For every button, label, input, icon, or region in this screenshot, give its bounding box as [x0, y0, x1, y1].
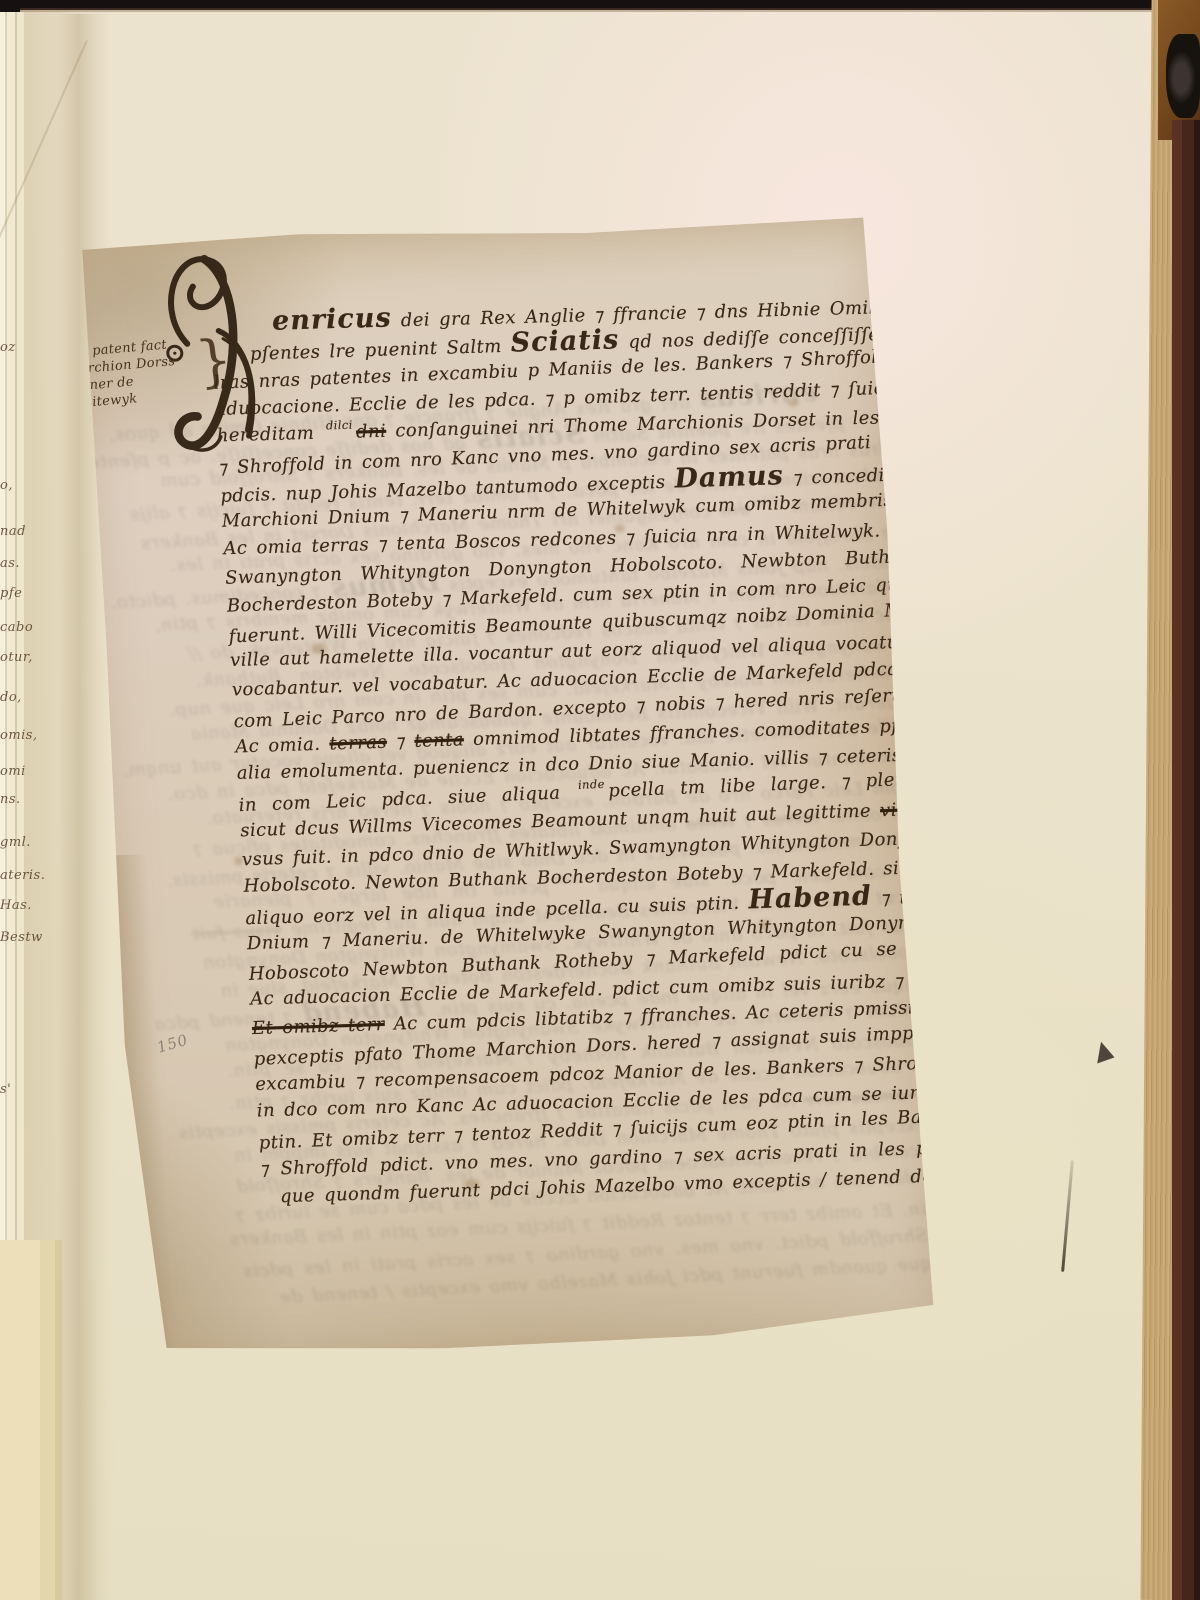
photograph-of-manuscript: { "colors": { "background_black": "#1710… — [0, 0, 1200, 1600]
clasp-icon — [1166, 34, 1200, 118]
facing-page-text-fragment: ns. — [0, 792, 21, 807]
struck-word: tenta — [414, 729, 465, 752]
facing-page-text-fragment: gml. — [0, 835, 31, 850]
text-segment: Ac omia. — [235, 733, 330, 757]
facing-page-text-fragment: Bestw — [0, 930, 43, 945]
facing-page-text-fragment: s' — [0, 1082, 11, 1097]
manuscript-text: enricus dei gra Rex Anglie ⁊ ffrancie ⁊ … — [209, 289, 968, 1212]
text-segment: que quondm fuerunt pdci Johis Mazelbo vm… — [279, 1253, 933, 1308]
interlinear-insertion: inde — [577, 777, 605, 792]
facing-page-text-fragment: ateris. — [0, 868, 45, 883]
struck-word: dni — [356, 421, 387, 443]
struck-word: terras — [329, 732, 388, 755]
facing-page-text-fragment: cabo — [0, 620, 33, 635]
left-bottom-page-edge — [0, 1240, 62, 1600]
text-segment: hereditam — [216, 422, 324, 446]
manuscript-leaf: enricus dei gra Rex Anglie ⁊ ffrancie ⁊ … — [77, 216, 935, 1357]
display-word: Damus — [674, 460, 785, 494]
facing-page-text-fragment: as. — [0, 556, 20, 571]
facing-page-text-fragment: oz — [0, 340, 16, 355]
facing-page-text-fragment: pfe — [0, 586, 22, 601]
interlinear-insertion: dilci — [325, 417, 353, 432]
facing-page-text-fragment: nad — [0, 524, 26, 539]
facing-page-text-fragment: do, — [0, 690, 22, 705]
facing-page-text-fragment: omi — [0, 764, 26, 779]
binding-edge — [1172, 120, 1200, 1600]
album-page-top-edge — [20, 8, 1158, 12]
facing-page-text-fragment: Has. — [0, 898, 32, 913]
facing-page-text-fragment: omis, — [0, 728, 38, 743]
display-word: enricus — [271, 302, 392, 336]
facing-page-text-fragment: o, — [0, 478, 13, 493]
text-segment: ⁊ — [386, 731, 415, 753]
text-segment: ⁊ Shroffold pdict. vno mes. vno gardino … — [242, 1224, 948, 1282]
facing-page-text-fragment: otur, — [0, 650, 33, 665]
pencil-folio-number: 150 — [155, 1031, 191, 1057]
text-line: que quondm fuerunt pdci Johis Mazelbo vm… — [244, 1250, 933, 1314]
text-line: ⁊ Shroffold pdict. vno mes. vno gardino … — [242, 1221, 949, 1286]
struck-word: Et omibz terr — [251, 1014, 385, 1039]
